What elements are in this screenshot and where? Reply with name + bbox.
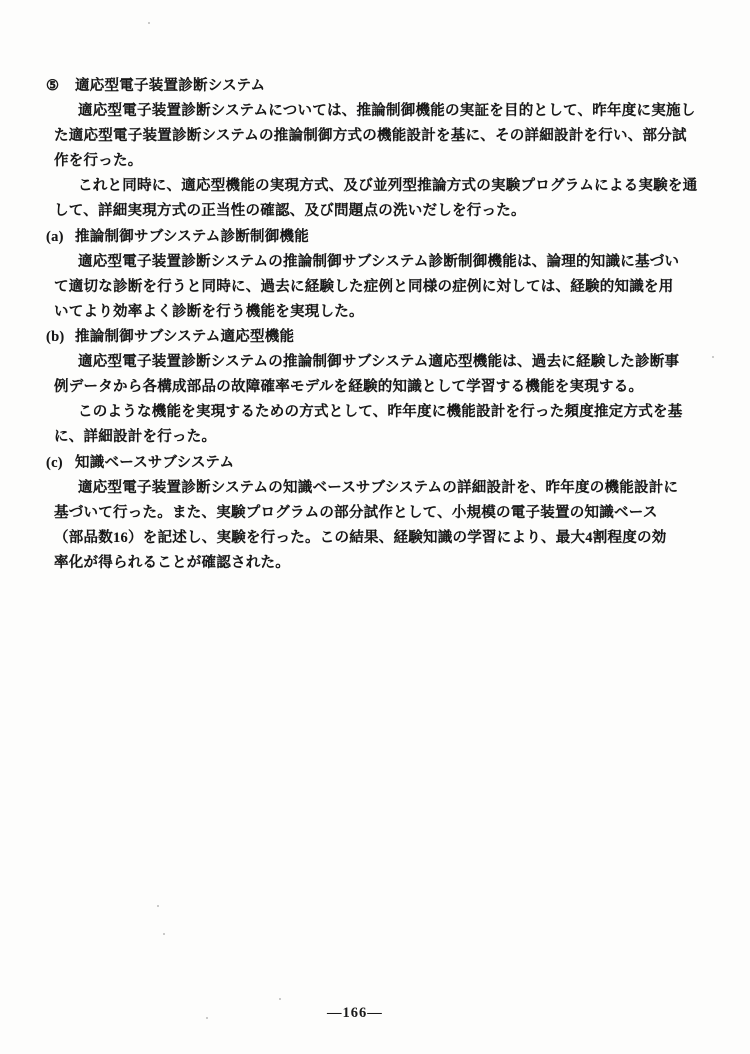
- text-line: 基づいて行った。また、実験プログラムの部分試作として、小規模の電子装置の知識ベー…: [54, 505, 658, 521]
- text-line: に、詳細設計を行った。: [54, 429, 216, 445]
- text-line: 適応型電子装置診断システムの推論制御サブシステム診断制御機能は、論理的知識に基づ…: [78, 254, 679, 270]
- subsection-c-label: (c): [46, 455, 75, 471]
- subsection-b-label: (b): [46, 329, 75, 345]
- scan-speck: [712, 356, 714, 358]
- scan-speck: [279, 998, 281, 1000]
- text-line: （部品数16）を記述し、実験を行った。この結果、経験知識の学習により、最大4割程…: [54, 530, 667, 546]
- subsection-a-label: (a): [46, 229, 75, 245]
- text-line: 例データから各構成部品の故障確率モデルを経験的知識として学習する機能を実現する。: [54, 379, 643, 395]
- text-line: 作を行った。: [54, 153, 143, 169]
- section-5-heading: ⑤適応型電子装置診断システム: [46, 78, 265, 94]
- subsection-a-title: 推論制御サブシステム診断制御機能: [75, 229, 309, 245]
- scan-speck: [157, 905, 159, 907]
- page-number: —166—: [327, 1005, 383, 1022]
- text-line: いてより効率よく診断を行う機能を実現した。: [54, 304, 364, 320]
- text-line: して、詳細実現方式の正当性の確認、及び問題点の洗いだしを行った。: [54, 203, 526, 219]
- text-line: 適応型電子装置診断システムについては、推論制御機能の実証を目的として、昨年度に実…: [78, 103, 695, 119]
- subsection-b-heading: (b)推論制御サブシステム適応型機能: [46, 329, 294, 345]
- section-number: ⑤: [46, 78, 75, 94]
- text-line: た適応型電子装置診断システムの推論制御方式の機能設計を基に、その詳細設計を行い、…: [54, 128, 687, 144]
- text-line: 適応型電子装置診断システムの推論制御サブシステム適応型機能は、過去に経験した診断…: [78, 354, 679, 370]
- text-line: これと同時に、適応型機能の実現方式、及び並列型推論方式の実験プログラムによる実験…: [78, 178, 697, 194]
- text-line: 適応型電子装置診断システムの知識ベースサブシステムの詳細設計を、昨年度の機能設計…: [78, 480, 678, 496]
- document-page: ⑤適応型電子装置診断システム 適応型電子装置診断システムについては、推論制御機能…: [0, 0, 750, 1054]
- scan-speck: [148, 22, 150, 24]
- subsection-a-heading: (a)推論制御サブシステム診断制御機能: [46, 229, 309, 245]
- scan-speck: [206, 1017, 208, 1019]
- subsection-b-title: 推論制御サブシステム適応型機能: [75, 329, 294, 345]
- subsection-c-title: 知識ベースサブシステム: [75, 455, 234, 471]
- section-title: 適応型電子装置診断システム: [75, 78, 265, 94]
- text-line: 率化が得られることが確認された。: [54, 555, 290, 571]
- scan-speck: [163, 933, 165, 935]
- subsection-c-heading: (c)知識ベースサブシステム: [46, 455, 234, 471]
- text-line: て適切な診断を行うと同時に、過去に経験した症例と同様の症例に対しては、経験的知識…: [54, 279, 674, 295]
- text-line: このような機能を実現するための方式として、昨年度に機能設計を行った頻度推定方式を…: [78, 404, 682, 420]
